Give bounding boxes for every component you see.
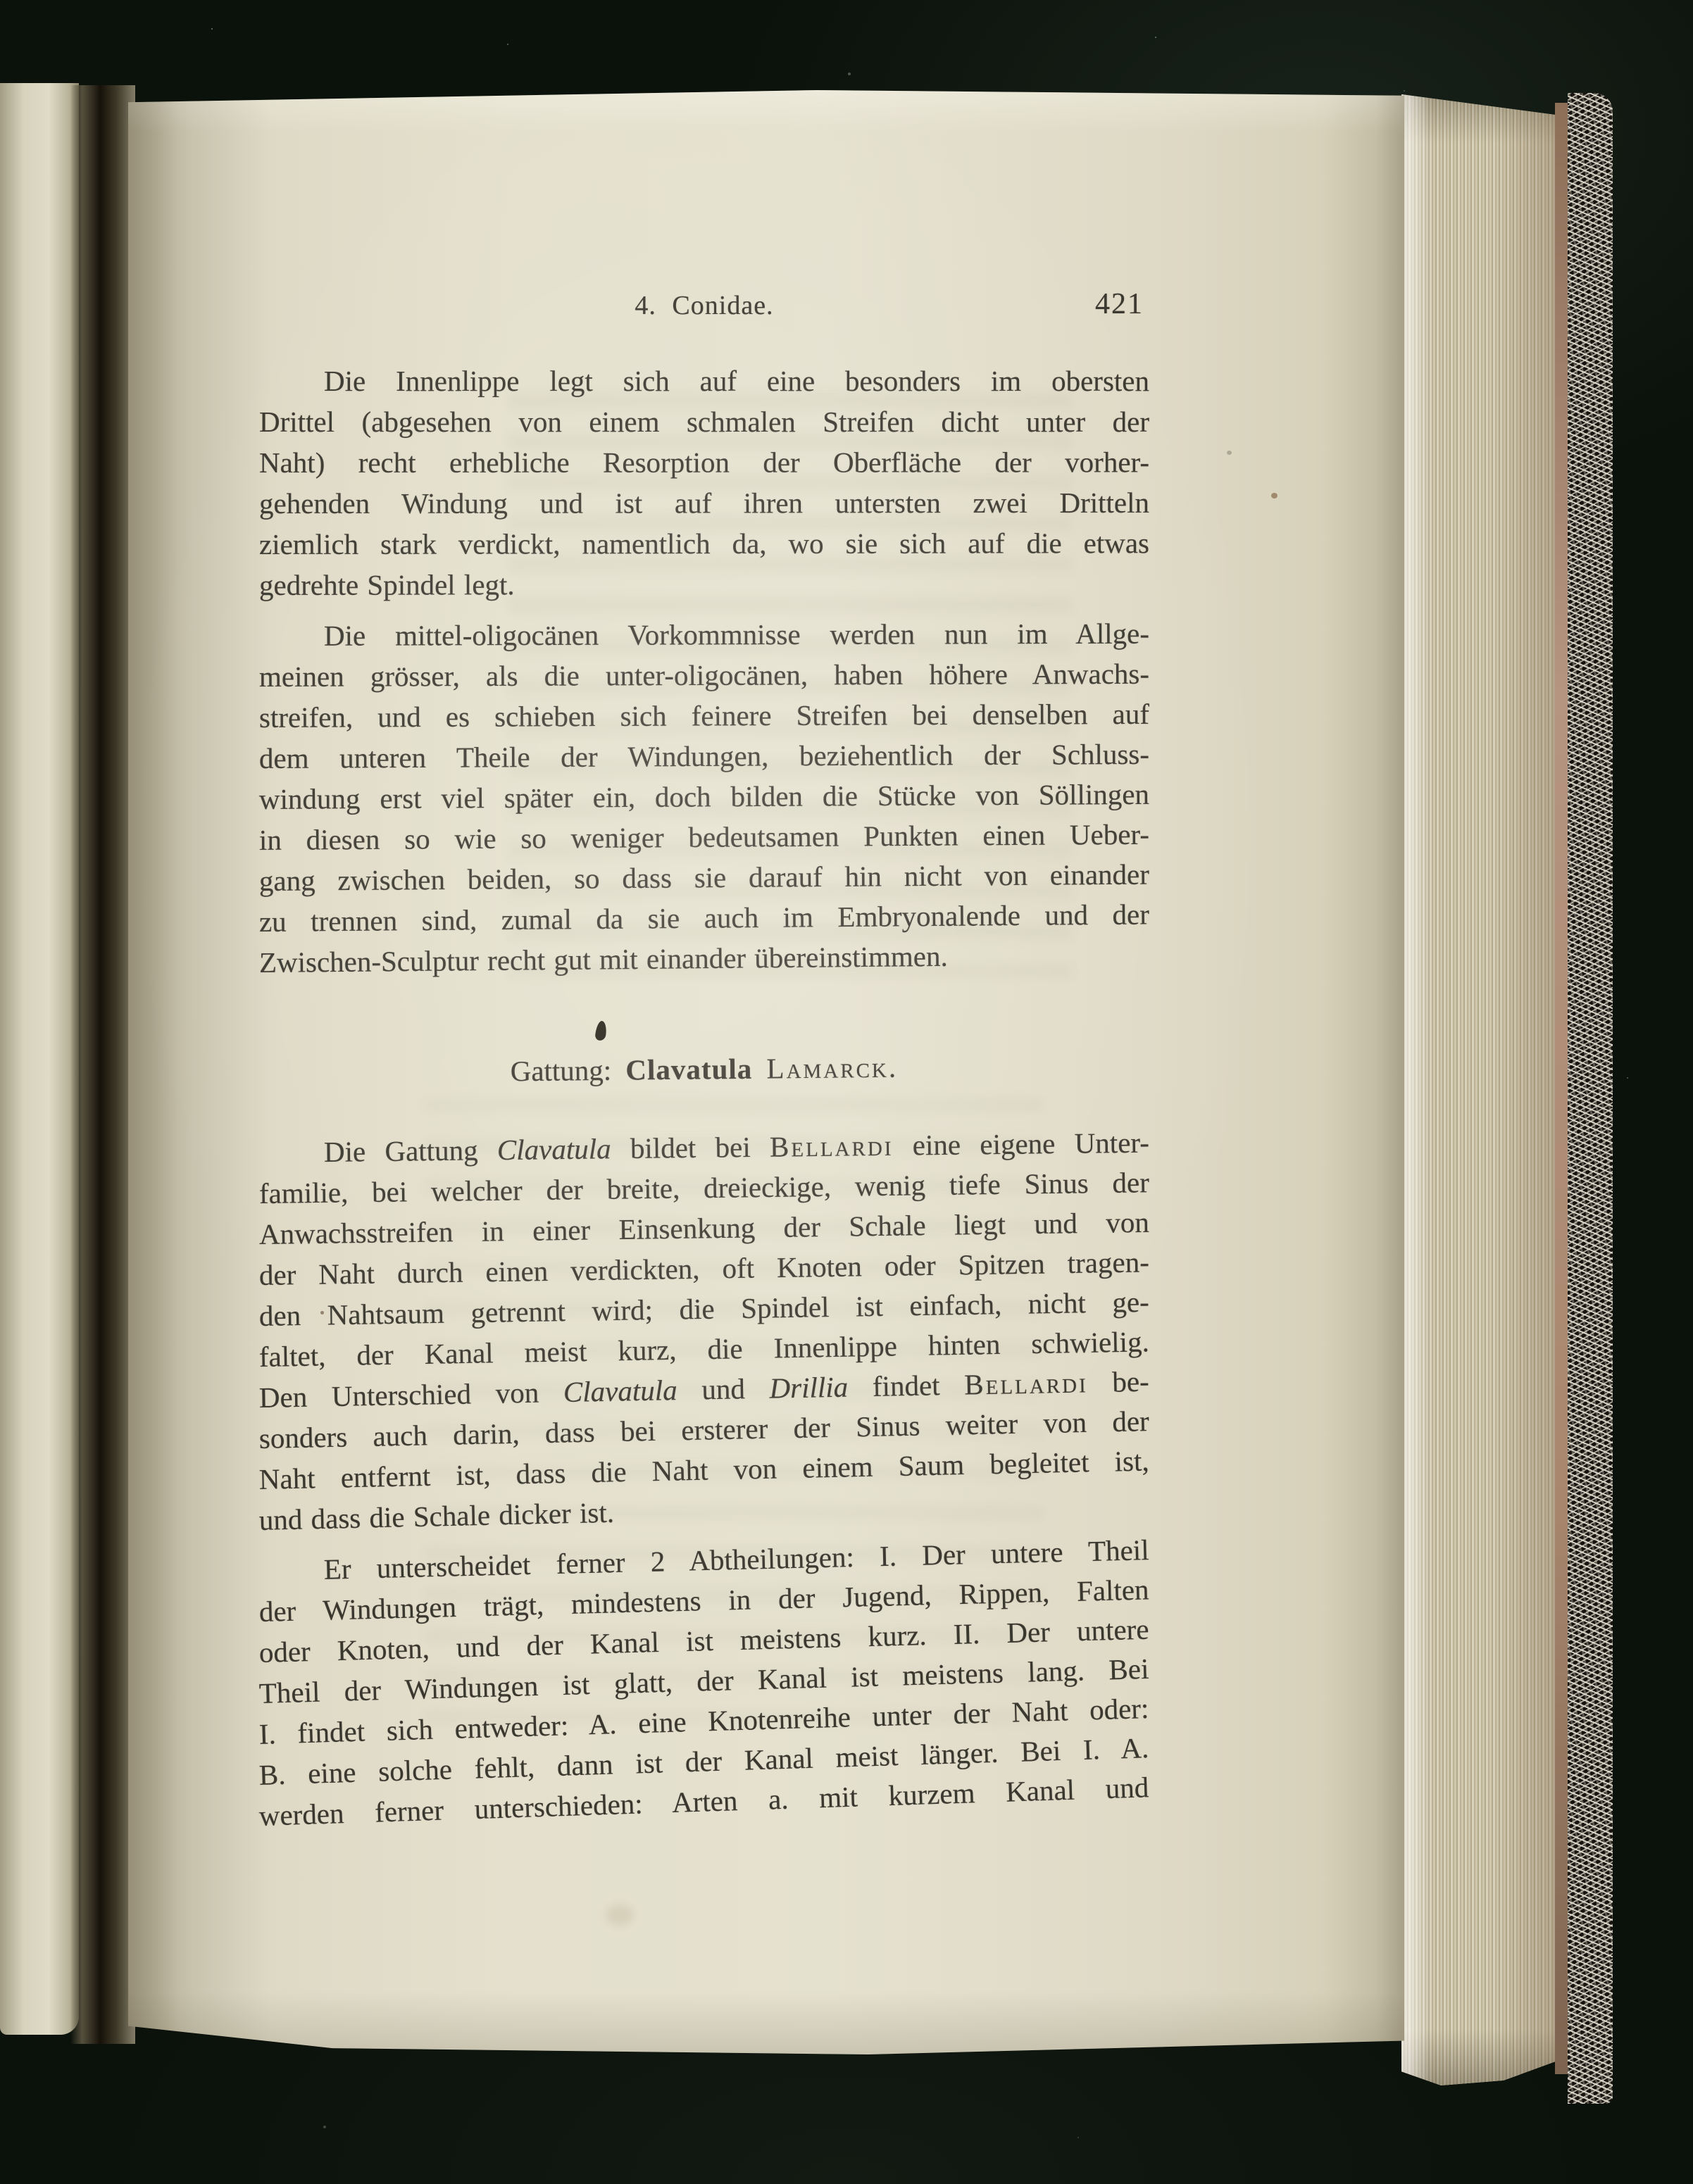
dust-specks xyxy=(211,28,213,30)
text-line: in diesen so wie so weniger bedeutsamen … xyxy=(259,814,1149,860)
genus-heading: Gattung: Clavatula Lamarck. xyxy=(259,1044,1150,1094)
body-text: Die Innenlippe legt sich auf eine besond… xyxy=(259,360,1149,1836)
running-header: 4. Conidae. xyxy=(259,290,1149,321)
text-line: Die Innenlippe legt sich auf eine besond… xyxy=(259,360,1149,401)
text-line: Naht) recht erhebliche Resorption der Ob… xyxy=(259,441,1149,483)
text-line: Zwischen-Sculptur recht gut mit einander… xyxy=(259,934,1149,983)
stain-speck xyxy=(1227,451,1232,455)
page-number: 421 xyxy=(1095,287,1144,321)
paragraph: Die Gattung Clavatula bildet bei Bellard… xyxy=(259,1132,1149,1540)
paragraph: Die mittel-oligocänen Vorkommnisse werde… xyxy=(259,615,1149,983)
paragraph: Die Innenlippe legt sich auf eine besond… xyxy=(259,360,1149,605)
text-line: gehenden Windung und ist auf ihren unter… xyxy=(259,482,1149,524)
stain-speck xyxy=(320,1311,324,1314)
book-page: 4. Conidae. 421 Die Innenlippe legt sich… xyxy=(128,90,1404,2054)
facing-page-edge xyxy=(0,83,79,2035)
text-line: dem unteren Theile der Windungen, bezieh… xyxy=(259,734,1149,779)
book-gutter-shadow xyxy=(70,85,135,2044)
text-line: windung erst viel später ein, doch bilde… xyxy=(259,774,1149,820)
marbled-cover-edge xyxy=(1568,93,1613,2104)
text-line: gedrehte Spindel legt. xyxy=(259,563,1149,605)
page-header: 4. Conidae. 421 xyxy=(259,290,1149,332)
text-line: ziemlich stark verdickt, namentlich da, … xyxy=(259,522,1149,565)
stain-speck xyxy=(1271,493,1277,498)
text-line: Drittel (abgesehen von einem schmalen St… xyxy=(259,401,1149,442)
text-line: streifen, und es schieben sich feinere S… xyxy=(259,694,1149,738)
stain-speck xyxy=(606,1904,634,1926)
text-line: Die mittel-oligocänen Vorkommnisse werde… xyxy=(259,613,1149,656)
fore-edge-page-stack xyxy=(1401,94,1566,2085)
paragraph: Er unterscheidet ferner 2 Abtheilungen: … xyxy=(259,1550,1149,1836)
text-line: gang zwischen beiden, so dass sie darauf… xyxy=(259,854,1149,901)
text-line: meinen grösser, als die unter-oligocänen… xyxy=(259,653,1149,697)
book-photo-scene: 4. Conidae. 421 Die Innenlippe legt sich… xyxy=(0,0,1693,2184)
